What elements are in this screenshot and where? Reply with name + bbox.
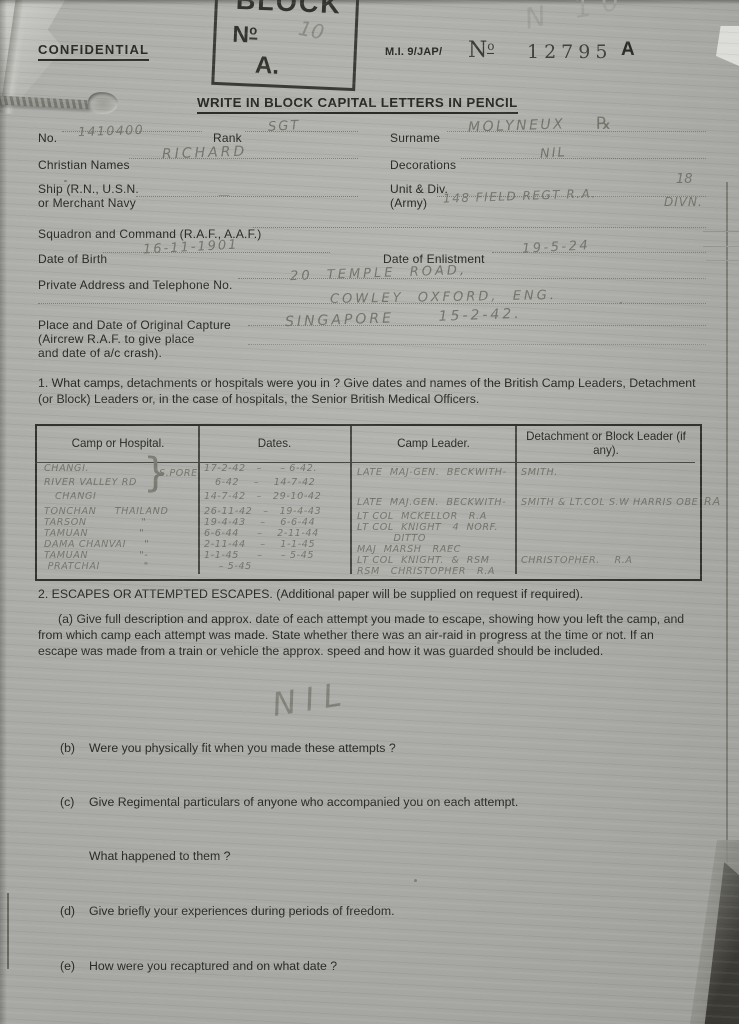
punch-hole xyxy=(88,92,118,114)
cell-leader: RSM CHRISTOPHER R.A xyxy=(357,566,495,577)
field-surname-value: MOLYNEUX xyxy=(468,116,566,135)
field-enlist-value: 19-5-24 xyxy=(522,238,591,257)
field-capture-note-2: and date of a/c crash). xyxy=(38,346,162,360)
question2e-label: (e) xyxy=(60,958,75,975)
right-margin-line-3 xyxy=(706,260,739,261)
cell-camp: RIVER VALLEY RD xyxy=(44,477,137,488)
cell-camp: PRATCHAI " xyxy=(44,561,149,572)
block-stamp-pencil-number: 10 xyxy=(297,16,327,45)
cell-dates: 6-6-44 – 2-11-44 xyxy=(204,528,319,539)
field-division-value-1: 18 xyxy=(676,172,693,187)
cell-camp: TONCHAN THAILAND xyxy=(44,506,168,517)
form-ref-label: M.I. 9/JAP/ xyxy=(385,46,442,58)
camps-table: Camp or Hospital. Dates. Camp Leader. De… xyxy=(35,424,702,581)
bottom-left-scratch xyxy=(7,893,9,969)
right-notch xyxy=(716,26,739,66)
bottom-right-gray-band xyxy=(690,840,739,1024)
field-capture-note-1: (Aircrew R.A.F. to give place xyxy=(38,332,195,346)
field-ship-label-1: Ship (R.N., U.S.N. xyxy=(38,182,139,196)
table-header-detachment: Detachment or Block Leader (if any). xyxy=(520,430,692,457)
block-stamp-letter: A. xyxy=(254,52,279,81)
question2b-label: (b) xyxy=(60,740,75,757)
field-address-label: Private Address and Telephone No. xyxy=(38,278,233,292)
block-number-stamp: BLOCK No 10 A. xyxy=(211,0,361,91)
confidential-label: CONFIDENTIAL xyxy=(38,42,149,61)
instruction-heading: WRITE IN BLOCK CAPITAL LETTERS IN PENCIL xyxy=(197,95,518,114)
cell-camp: DAMA CHANVAI " xyxy=(44,539,149,550)
field-address-value-1: 20 TEMPLE ROAD, xyxy=(290,263,467,284)
field-no-label: No. xyxy=(38,131,57,145)
nil-answer: NIL xyxy=(270,674,353,724)
cell-dates: – 5-45 xyxy=(204,561,252,572)
field-capture-line-2 xyxy=(248,344,706,345)
field-rank-value: SGT xyxy=(268,118,301,135)
field-unit-label-2: (Army) xyxy=(390,196,427,210)
cell-camp: TAMUAN " xyxy=(44,528,144,539)
right-margin-line-1 xyxy=(703,231,739,232)
table-row: PRATCHAI " – 5-45 RSM CHRISTOPHER R.A xyxy=(37,561,695,573)
left-edge-shade xyxy=(0,0,7,1024)
cell-dates: 14-7-42 – 29-10-42 xyxy=(204,491,321,502)
top-left-crease xyxy=(0,0,30,114)
question2c-text: Give Regimental particulars of anyone wh… xyxy=(89,794,518,811)
cell-camp: CHANGI xyxy=(44,491,96,502)
question1-line-2: (or Block) Leaders or, in the case of ho… xyxy=(38,391,479,408)
question2d-text: Give briefly your experiences during per… xyxy=(89,903,395,920)
field-decorations-line xyxy=(461,158,706,159)
question2a-line-2: from which camp each attempt was made. S… xyxy=(38,627,654,644)
table-header-leader: Camp Leader. xyxy=(353,437,514,451)
field-ship-label-2: or Merchant Navy xyxy=(38,196,136,210)
cell-camp: TAMUAN "- xyxy=(44,550,148,561)
field-surname-mark: ℞ xyxy=(596,114,611,134)
serial-suffix: A xyxy=(621,39,635,61)
cell-camp: CHANGI. xyxy=(44,463,89,474)
table-header-camp: Camp or Hospital. xyxy=(39,437,197,451)
question2a-line-3: escape was made from a train or vehicle … xyxy=(38,643,603,660)
field-rank-line xyxy=(245,131,358,132)
question2b-text: Were you physically fit when you made th… xyxy=(89,740,396,757)
field-address-value-2: COWLEY OXFORD, ENG. xyxy=(330,288,557,307)
binding-string xyxy=(0,95,92,109)
field-unit-label-1: Unit & Div. xyxy=(390,182,448,196)
underlying-page-edge xyxy=(726,182,728,906)
field-decorations-label: Decorations xyxy=(390,158,456,172)
table-header-dates: Dates. xyxy=(200,437,349,451)
field-surname-label: Surname xyxy=(390,131,440,145)
question2a-line-1: (a) Give full description and approx. da… xyxy=(58,611,684,628)
question2-heading: 2. ESCAPES OR ATTEMPTED ESCAPES. (Additi… xyxy=(38,586,583,603)
field-squadron-line xyxy=(253,227,706,228)
right-margin-line-2 xyxy=(703,246,739,247)
question2c-label: (c) xyxy=(60,794,74,811)
cell-dates: 19-4-43 – 6-6-44 xyxy=(204,517,315,528)
question1-line-1: 1. What camps, detachments or hospitals … xyxy=(38,375,696,392)
field-christian-value: RICHARD xyxy=(162,144,248,163)
field-capture-value: SINGAPORE 15-2-42. xyxy=(285,306,522,330)
cell-camp: TARSON " xyxy=(44,517,146,528)
paper-speck xyxy=(414,879,417,882)
field-division-value-2: DIVN. xyxy=(664,195,703,209)
field-capture-label: Place and Date of Original Capture xyxy=(38,318,231,332)
question2c2-text: What happened to them ? xyxy=(89,848,231,865)
cell-dates: 17-2-42 – – 6-42. xyxy=(204,463,317,474)
block-stamp-no: No xyxy=(232,21,258,49)
cell-dates: 6-42 – 14-7-42 xyxy=(204,477,315,488)
table-row: CHANGI 14-7-42 – 29-10-42 LATE MAJ.GEN. … xyxy=(37,491,695,504)
cell-dates: 26-11-42 – 19-4-43 xyxy=(204,506,321,517)
field-ship-value: — xyxy=(218,188,230,202)
field-dob-label: Date of Birth xyxy=(38,252,107,266)
bottom-right-dark-corner xyxy=(700,862,739,1024)
serial-number: 12795 xyxy=(527,41,612,63)
cell-dates: 2-11-44 – 1-1-45 xyxy=(204,539,315,550)
field-decorations-value: NIL xyxy=(540,145,568,162)
field-ship-line xyxy=(136,196,358,197)
field-christian-label: Christian Names xyxy=(38,158,130,172)
field-unit-value: 148 FIELD REGT R.A. xyxy=(443,186,597,205)
block-stamp-word: BLOCK xyxy=(235,0,342,20)
pencil-corner-note: N 10 xyxy=(522,0,632,36)
table-margin-note: RA xyxy=(704,495,721,508)
question2e-text: How were you recaptured and on what date… xyxy=(89,958,337,975)
table-row: RIVER VALLEY RD 6-42 – 14-7-42 xyxy=(37,477,695,490)
field-no-value: 1410400 xyxy=(78,122,145,139)
pow-questionnaire-scan: CONFIDENTIAL BLOCK No 10 A. N 10 M.I. 9/… xyxy=(0,0,739,1024)
question2d-label: (d) xyxy=(60,903,75,920)
serial-no-label: No xyxy=(468,38,494,63)
table-row: CHANGI. 17-2-42 – – 6-42. LATE MAJ-GEN. … xyxy=(37,463,695,476)
cell-dates: 1-1-45 – – 5-45 xyxy=(204,550,314,561)
